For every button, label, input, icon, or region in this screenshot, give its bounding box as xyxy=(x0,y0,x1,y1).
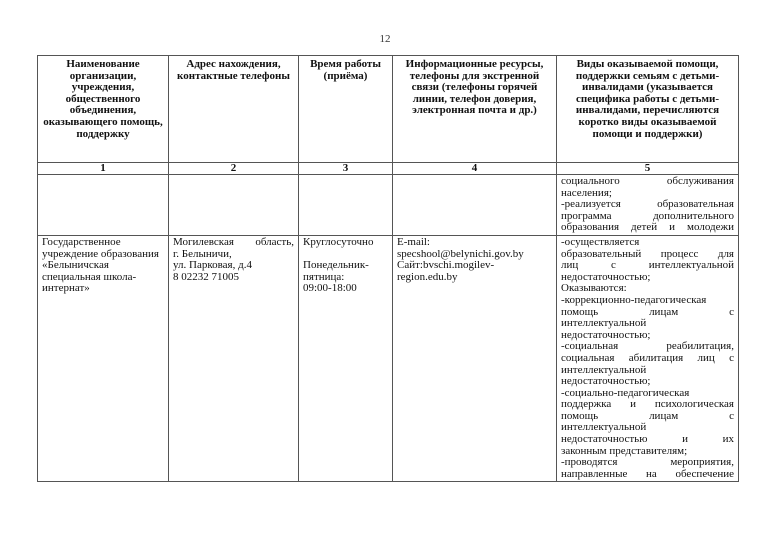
services-line: социальная абилитация лиц с xyxy=(561,353,734,365)
page-number: 12 xyxy=(0,33,770,45)
cell-organization: Государственное учреждение образования «… xyxy=(38,235,169,481)
table-row: Государственное учреждение образования «… xyxy=(38,235,739,481)
cell-hours xyxy=(299,175,393,236)
column-number: 3 xyxy=(299,163,393,175)
services-line: интеллектуальной xyxy=(561,318,734,330)
hours-24h: Круглосуточно xyxy=(303,237,388,249)
cell-address xyxy=(169,175,299,236)
services-line: социального обслуживания xyxy=(561,176,734,188)
services-line: лиц с интеллектуальной xyxy=(561,260,734,272)
header-services: Виды оказываемой помощи, поддержки семья… xyxy=(557,56,739,163)
header-organization: Наименование организации, учреждения, об… xyxy=(38,56,169,163)
services-line: недостаточностью и их xyxy=(561,434,734,446)
table-header-row: Наименование организации, учреждения, об… xyxy=(38,56,739,163)
email-link[interactable]: E-mail: specshool@belynichi.gov.by xyxy=(397,237,552,260)
support-organizations-table: Наименование организации, учреждения, об… xyxy=(37,55,739,482)
services-line: -осуществляется xyxy=(561,237,734,249)
cell-services: социального обслуживания населения; -реа… xyxy=(557,175,739,236)
hours-time: 09:00-18:00 xyxy=(303,283,388,295)
services-line: образования детей и молодежи xyxy=(561,222,734,234)
cell-organization xyxy=(38,175,169,236)
column-number: 4 xyxy=(393,163,557,175)
cell-hours: Круглосуточно Понедельник-пятница: 09:00… xyxy=(299,235,393,481)
column-number-row: 1 2 3 4 5 xyxy=(38,163,739,175)
column-number: 5 xyxy=(557,163,739,175)
column-number: 2 xyxy=(169,163,299,175)
table-row: социального обслуживания населения; -реа… xyxy=(38,175,739,236)
column-number: 1 xyxy=(38,163,169,175)
website-link[interactable]: Сайт:bvschi.mogilev-region.edu.by xyxy=(397,260,552,283)
cell-resources xyxy=(393,175,557,236)
cell-resources: E-mail: specshool@belynichi.gov.by Сайт:… xyxy=(393,235,557,481)
address-phone: 8 02232 71005 xyxy=(173,272,294,284)
services-line: -коррекционно-педагогическая xyxy=(561,295,734,307)
address-street: ул. Парковая, д.4 xyxy=(173,260,294,272)
services-line: направленные на обеспечение xyxy=(561,469,734,481)
hours-weekdays: Понедельник-пятница: xyxy=(303,260,388,283)
services-line: недостаточностью; xyxy=(561,376,734,388)
header-hours: Время работы (приёма) xyxy=(299,56,393,163)
cell-services: -осуществляетсяобразовательный процесс д… xyxy=(557,235,739,481)
header-resources: Информационные ресурсы, телефоны для экс… xyxy=(393,56,557,163)
address-region: Могилевская область, xyxy=(173,237,294,249)
cell-address: Могилевская область, г. Белыничи, ул. Па… xyxy=(169,235,299,481)
header-address: Адрес нахождения, контактные телефоны xyxy=(169,56,299,163)
